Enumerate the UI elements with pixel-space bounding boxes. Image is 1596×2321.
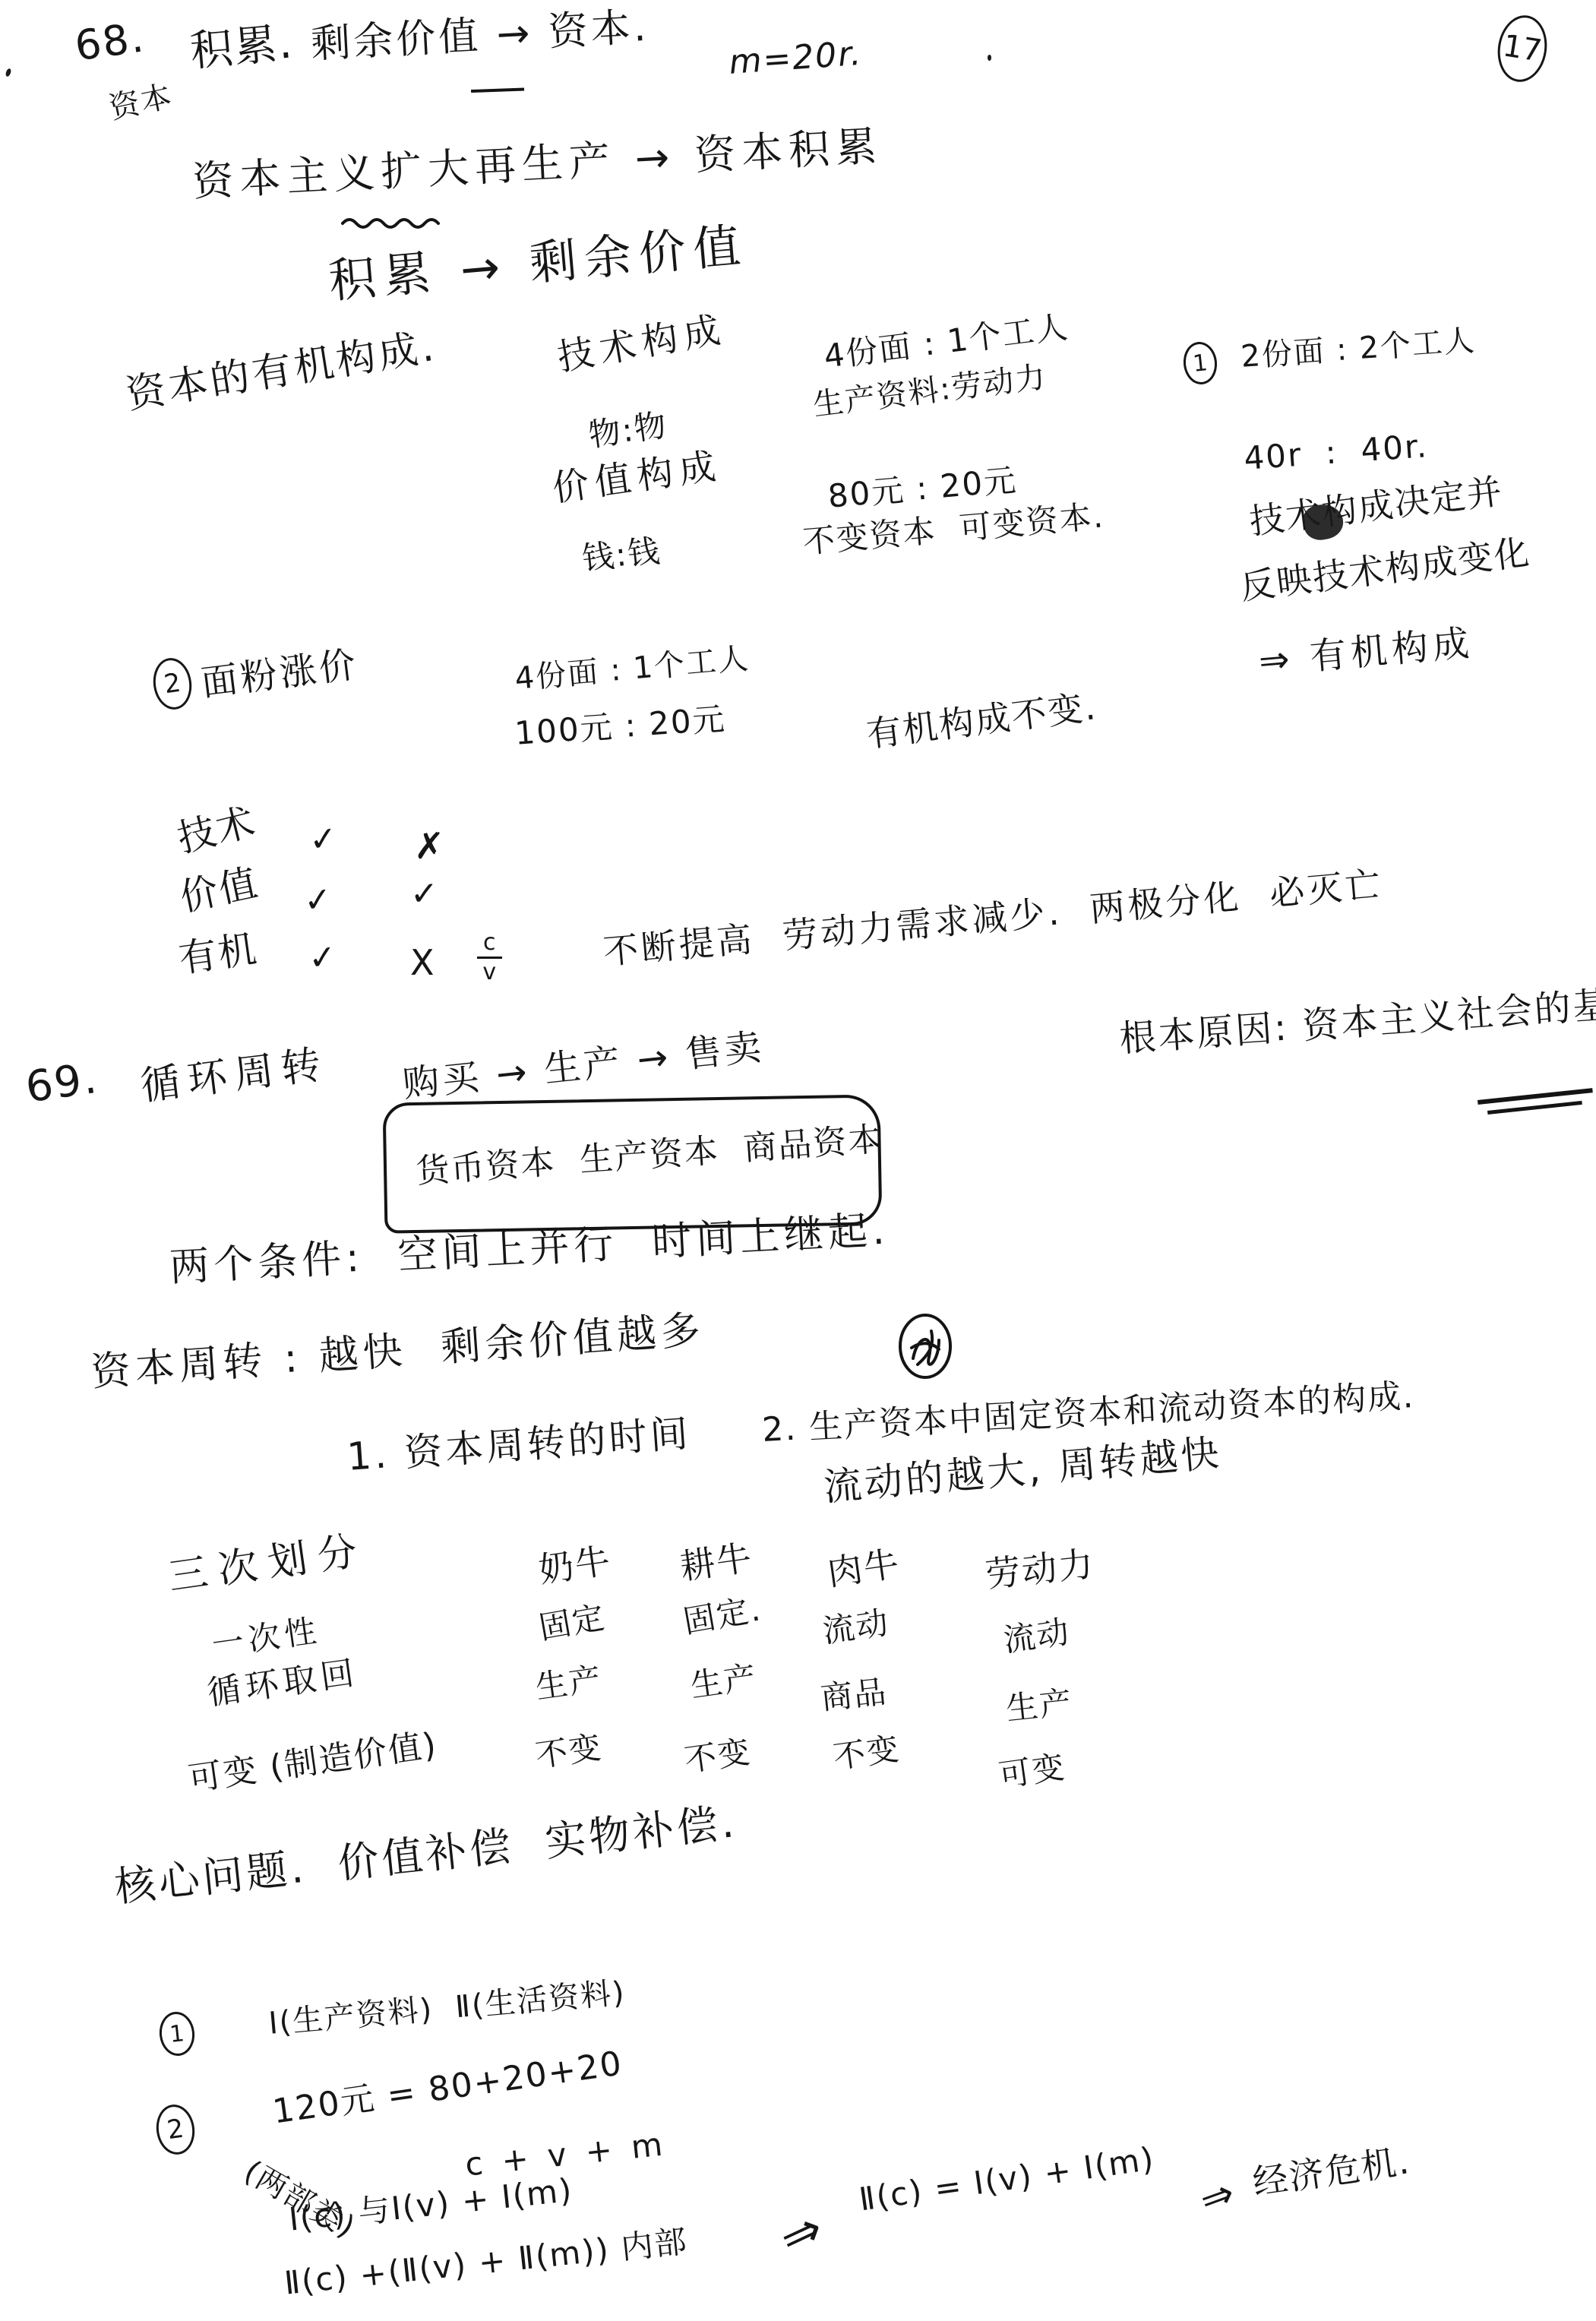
consequence-note: 不断提高 劳动力需求减少. 两极分化 必灭亡 [602,865,1385,972]
total-value-equation: 120元 = 80+20+20 [270,2044,625,2130]
repro-marker2-circle: 2 [153,2102,198,2157]
row-value-label: 价值 [176,861,262,919]
check-icon: ✓ [308,820,340,859]
fraction-numerator: c [477,931,502,959]
char-underline-mark [471,88,524,93]
factor2-line1: 2. 生产资本中固定资本和流动资本的构成. [761,1377,1415,1449]
organic-composition-title: 资本的有机构成. [123,324,440,417]
table-cell: 生产 [688,1659,760,1704]
case2-ratio1: 4份面 : 1个工人 [514,642,751,697]
table-cell: 商品 [819,1674,889,1716]
check-icon: ✓ [307,938,340,978]
item-number-69: 69. [23,1055,101,1112]
case1-note-line3: ⇒ 有机构成 [1257,623,1475,682]
wavy-underline-mark [340,216,447,231]
line-surplus-to-capital: 剩余价值 → 资本. [310,5,650,67]
item-number-68: 68. [72,14,147,70]
notebook-page: 17 68. 资本 积累. 剩余价值 → 资本. m=20r. 资本主义扩大再生… [0,0,1596,2321]
row-organic-label: 有机 [176,928,261,981]
cross-icon: ✗ [414,827,446,868]
table-cell: 生产 [1004,1684,1074,1727]
turnover-line: 资本周转 : 越快 剩余价值越多 [90,1308,706,1396]
value-ratio: 钱:钱 [580,533,663,577]
departments-line: Ⅰ(生产资料) Ⅱ(生活资料) [267,1976,627,2041]
table-cell: 不变 [831,1731,902,1776]
line-accumulation: 积累. [188,20,295,76]
table-cell: 不变 [682,1734,754,1779]
fraction-denominator: v [482,961,496,984]
table-cell: 流动 [820,1605,892,1649]
row-label-cycle-recovery: 循环取回 [205,1654,361,1712]
table-cell: 流动 [1001,1614,1073,1659]
core-question-line: 核心问题. 价值补偿 实物补偿. [112,1800,739,1911]
cv-fraction: c v [477,931,502,984]
case1-marker-circle: 1 [1181,340,1219,386]
table-cell: 可变 [997,1749,1068,1794]
side-note-capital: 资本 [106,80,175,126]
ink-dot [988,55,991,61]
implies-arrow-icon: ⇒ [772,2200,833,2267]
flow-stages: 购买 → 生产 → 售卖 [401,1027,766,1105]
page-number: 17 [1500,28,1544,68]
classification-title: 三次划分 [166,1528,371,1599]
emphasis-underline-mark [1487,1101,1582,1115]
technical-composition-label: 技术构成 [555,309,729,379]
case1-ratio-40r: 40r : 40r. [1243,428,1429,476]
line-accumulation-surplus: 积累 → 剩余价值 [327,219,750,308]
table-cell: 固定. [681,1591,764,1640]
dept1-formula: Ⅰ(c) 与Ⅰ(v) + Ⅰ(m) [287,2172,574,2237]
case1-note-line1: 技术构成决定并 [1247,472,1506,542]
factor1-line: 1. 资本周转的时间 [346,1412,692,1478]
table-cell: 固定 [536,1599,608,1646]
row-label-one-time: 一次性 [210,1612,323,1663]
check-icon: ✓ [302,881,335,920]
case1-ratio-flour-workers: 2份面 : 2个工人 [1240,324,1477,374]
circulation-title: 循环周转 [138,1042,330,1109]
column-header-plow-ox: 耕牛 [678,1538,755,1587]
implies-arrow-icon: ⇒ [1194,2170,1242,2223]
formula-m-20r: m=20r. [728,35,864,81]
crisis-note: 经济危机. [1250,2142,1413,2202]
case1-marker: 1 [1192,349,1209,378]
ink-dot [5,68,11,77]
column-header-labor-power: 劳动力 [984,1545,1097,1595]
case2-label: 面粉涨价 [199,645,361,705]
line-expanded-reproduction: 资本主义扩大再生产 → 资本积累 [191,123,883,205]
column-header-beef-cattle: 肉牛 [825,1545,902,1593]
table-cell: 生产 [533,1661,605,1706]
repro-marker1: 1 [169,2020,186,2048]
row-technical-label: 技术 [173,800,260,860]
value-composition-label: 价值构成 [550,446,724,510]
technical-ratio: 物:物 [586,407,670,454]
realization-condition: Ⅱ(c) = Ⅰ(v) + Ⅰ(m) [857,2140,1157,2217]
table-cell: 不变 [533,1729,605,1774]
repro-marker2: 2 [165,2114,185,2146]
circled-scribble-mark [895,1311,956,1381]
case2-ratio2: 100元 : 20元 [514,701,727,751]
column-header-dairy-cow: 奶牛 [536,1542,614,1590]
root-cause-note: 根本原因: 资本主义社会的基本矛盾 [1118,977,1596,1061]
row-label-variable-value: 可变 (制造价值) [186,1726,440,1798]
case2-marker-circle: 2 [150,656,195,712]
case2-note: 有机构成不变. [864,688,1099,754]
check-icon: ✓ [410,875,440,912]
case1-note-line2: 反映技术构成变化 [1238,533,1532,607]
cross-icon: X [410,944,436,983]
repro-marker1-circle: 1 [157,2010,197,2057]
page-number-circle: 17 [1493,12,1552,86]
case2-marker: 2 [162,668,182,700]
